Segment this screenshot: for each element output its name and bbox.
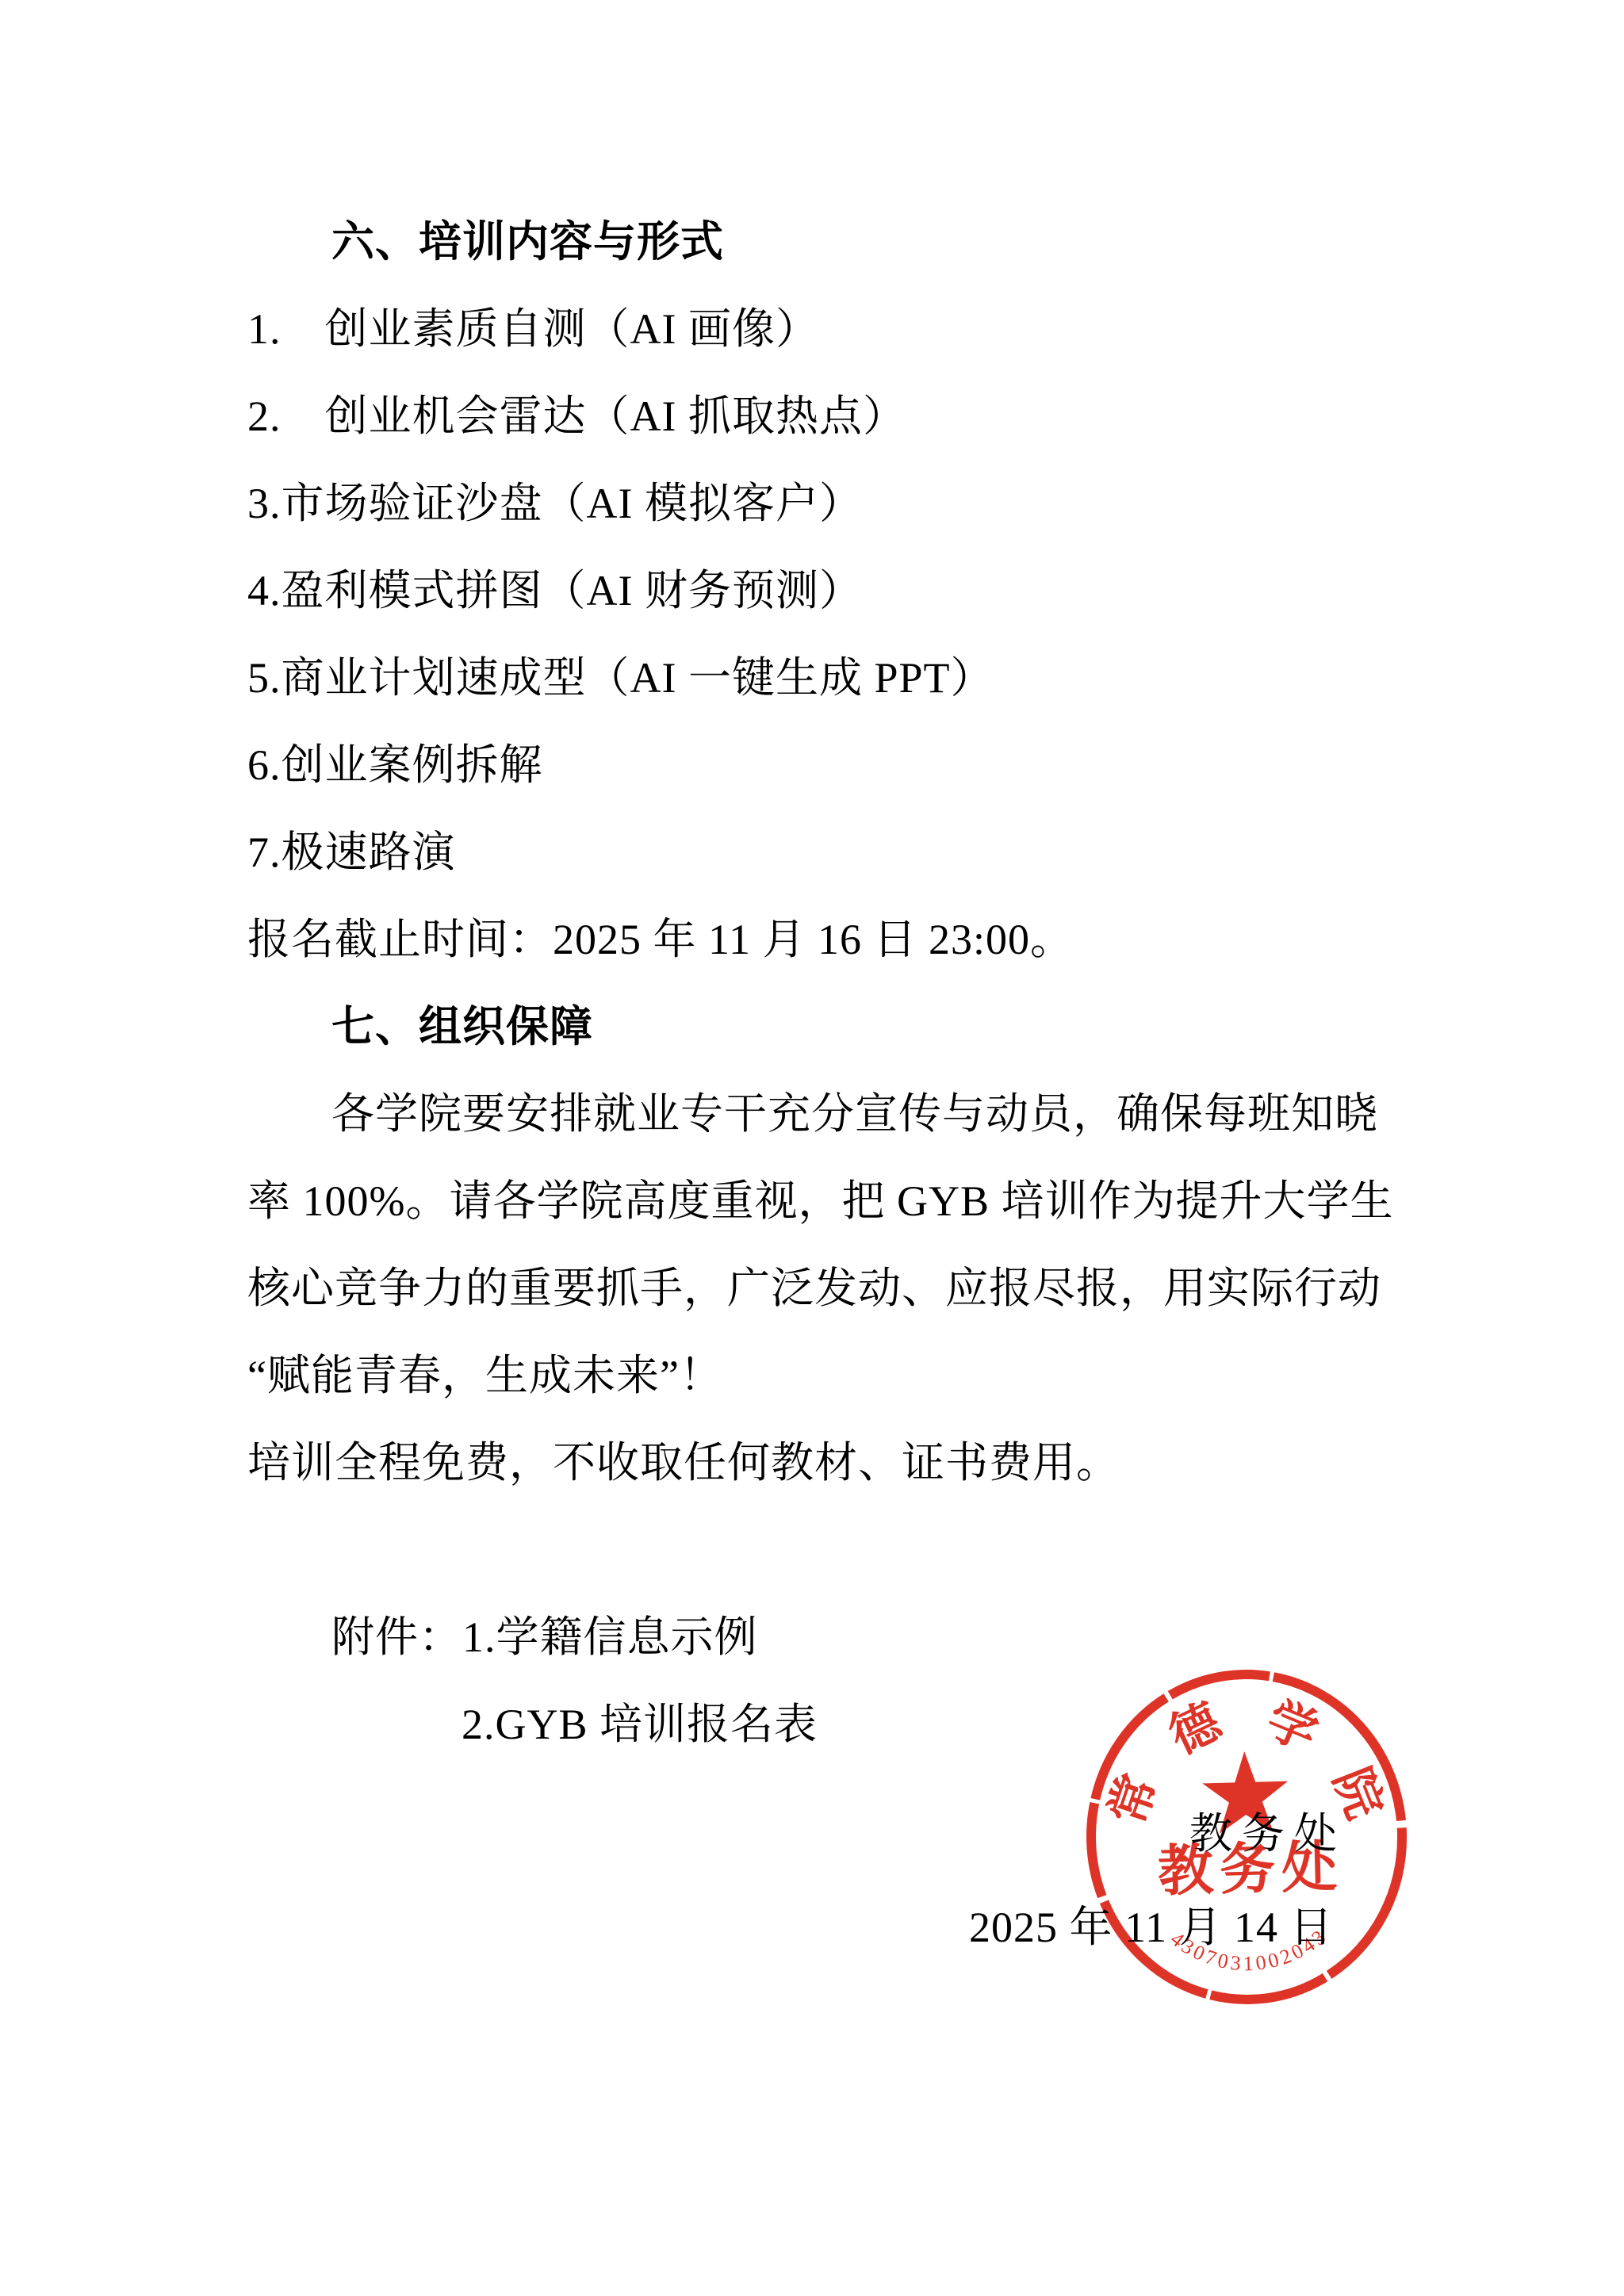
- paragraph-line-2: 率 100%。请各学院高度重视，把 GYB 培训作为提升大学生: [247, 1158, 1381, 1245]
- paragraph-line-5: 培训全程免费，不收取任何教材、证书费用。: [247, 1419, 1381, 1506]
- signature-department: 教务处: [1189, 1800, 1346, 1861]
- section-7-heading: 七、组织保障: [247, 983, 1381, 1070]
- list-item-7: 7.极速路演: [247, 809, 1381, 896]
- paragraph-line-1: 各学院要安排就业专干充分宣传与动员，确保每班知晓: [247, 1070, 1381, 1158]
- document-body: 六、培训内容与形式 1. 创业素质自测（AI 画像） 2. 创业机会雷达（AI …: [247, 198, 1381, 1768]
- list-item-5: 5.商业计划速成型（AI 一键生成 PPT）: [247, 634, 1381, 721]
- list-item-4: 4.盈利模式拼图（AI 财务预测）: [247, 547, 1381, 634]
- document-page: 六、培训内容与形式 1. 创业素质自测（AI 画像） 2. 创业机会雷达（AI …: [0, 0, 1624, 2296]
- paragraph-line-4: “赋能青春，生成未来”！: [247, 1332, 1381, 1419]
- paragraph-line-3: 核心竞争力的重要抓手，广泛发动、应报尽报，用实际行动: [247, 1245, 1381, 1332]
- seal-arc-char-3: 学: [1259, 1692, 1326, 1761]
- list-item-6: 6.创业案例拆解: [247, 721, 1381, 809]
- list-item-3: 3.市场验证沙盘（AI 模拟客户）: [247, 460, 1381, 547]
- blank-line: [247, 1506, 1381, 1594]
- seal-arc-char-2: 德: [1161, 1693, 1230, 1765]
- signature-date: 2025 年 11 月 14 日: [969, 1893, 1334, 1954]
- list-item-1: 1. 创业素质自测（AI 画像）: [247, 285, 1381, 373]
- deadline-line: 报名截止时间：2025 年 11 月 16 日 23:00。: [247, 896, 1381, 983]
- seal-arc-char-1: 常: [1101, 1768, 1167, 1831]
- section-6-heading: 六、培训内容与形式: [247, 198, 1381, 285]
- list-item-2: 2. 创业机会雷达（AI 抓取热点）: [247, 373, 1381, 460]
